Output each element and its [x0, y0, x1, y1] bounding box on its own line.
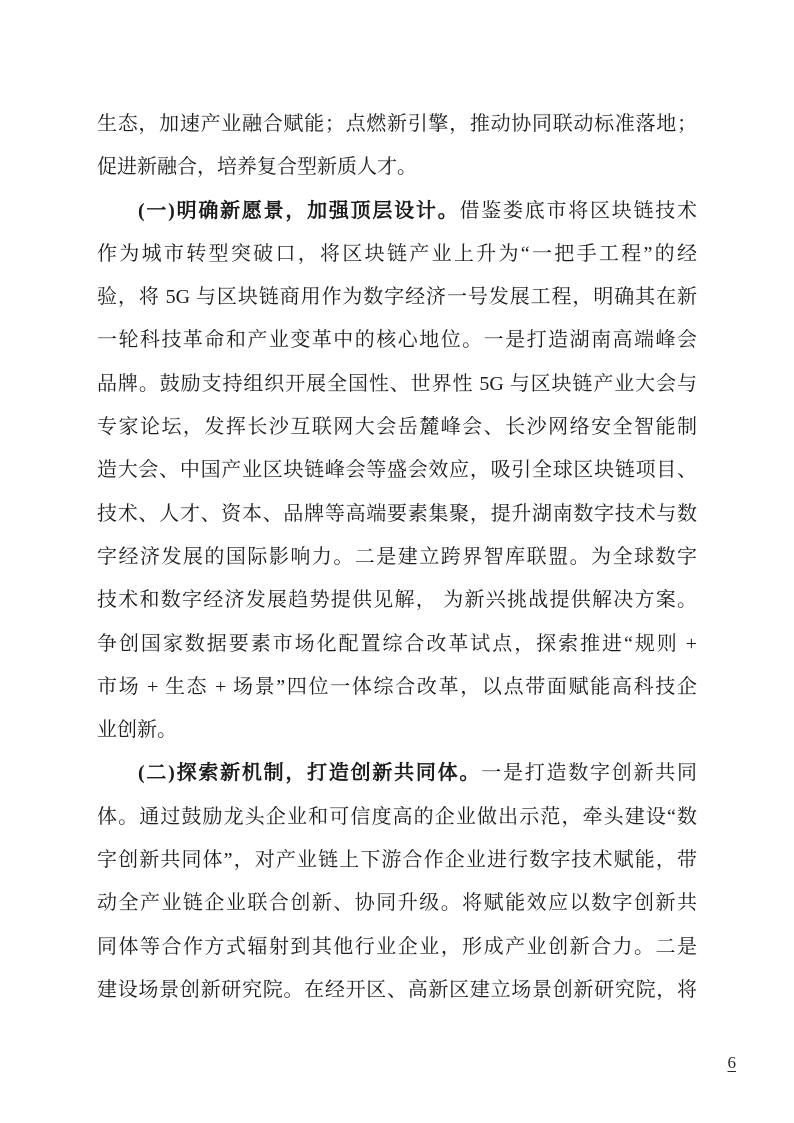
page-number-value: 6 [728, 1053, 737, 1072]
text-line: 同体等合作方式辐射到其他行业企业，形成产业创新合力。二是 [97, 926, 697, 969]
text-line: 一轮科技革命和产业变革中的核心地位。一是打造湖南高端峰会 [97, 319, 697, 362]
body-text: 业创新。 [97, 719, 177, 741]
text-line: (二)探索新机制，打造创新共同体。一是打造数字创新共同 [97, 752, 697, 795]
document-body: 生态，加速产业融合赋能；点燃新引擎，推动协同联动标准落地； 促进新融合，培养复合… [97, 103, 697, 1012]
body-text: 体。通过鼓励龙头企业和可信度高的企业做出示范，牵头建设“数 [97, 806, 697, 828]
section-heading-2: (二)探索新机制，打造创新共同体。 [138, 762, 481, 784]
body-text: 动全产业链企业联合创新、协同升级。将赋能效应以数字创新共 [97, 892, 697, 914]
body-text: 建设场景创新研究院。在经开区、高新区建立场景创新研究院，将 [97, 979, 697, 1001]
text-line: 作为城市转型突破口，将区块链产业上升为“一把手工程”的经 [97, 233, 697, 276]
body-text: 验，将 5G 与区块链商用作为数字经济一号发展工程，明确其在新 [97, 286, 697, 308]
body-text: 造大会、中国产业区块链峰会等盛会效应，吸引全球区块链项目、 [97, 459, 697, 481]
body-text: 促进新融合，培养复合型新质人才。 [97, 156, 417, 178]
document-page: 生态，加速产业融合赋能；点燃新引擎，推动协同联动标准落地； 促进新融合，培养复合… [0, 0, 794, 1123]
text-line: 促进新融合，培养复合型新质人才。 [97, 146, 697, 189]
text-line: 争创国家数据要素市场化配置综合改革试点，探索推进“规则 + [97, 623, 697, 666]
page-number: 6 [728, 1053, 737, 1073]
body-text: 品牌。鼓励支持组织开展全国性、世界性 5G 与区块链产业大会与 [97, 373, 697, 395]
body-text: 同体等合作方式辐射到其他行业企业，形成产业创新合力。二是 [97, 936, 697, 958]
text-line: 造大会、中国产业区块链峰会等盛会效应，吸引全球区块链项目、 [97, 449, 697, 492]
body-text: 专家论坛，发挥长沙互联网大会岳麓峰会、长沙网络安全智能制 [97, 416, 697, 438]
text-line: 生态，加速产业融合赋能；点燃新引擎，推动协同联动标准落地； [97, 103, 697, 146]
text-line: 建设场景创新研究院。在经开区、高新区建立场景创新研究院，将 [97, 969, 697, 1012]
body-text: 一是打造数字创新共同 [481, 762, 697, 784]
text-line: 体。通过鼓励龙头企业和可信度高的企业做出示范，牵头建设“数 [97, 796, 697, 839]
text-line: 业创新。 [97, 709, 697, 752]
section-heading-1: (一)明确新愿景，加强顶层设计。 [138, 200, 459, 222]
text-line: (一)明确新愿景，加强顶层设计。借鉴娄底市将区块链技术 [97, 190, 697, 233]
text-line: 专家论坛，发挥长沙互联网大会岳麓峰会、长沙网络安全智能制 [97, 406, 697, 449]
text-line: 技术和数字经济发展趋势提供见解， 为新兴挑战提供解决方案。 [97, 579, 697, 622]
body-text: 技术、人才、资本、品牌等高端要素集聚，提升湖南数字技术与数 [97, 503, 697, 525]
text-line: 动全产业链企业联合创新、协同升级。将赋能效应以数字创新共 [97, 882, 697, 925]
text-line: 字创新共同体”，对产业链上下游合作企业进行数字技术赋能，带 [97, 839, 697, 882]
text-line: 市场 + 生态 + 场景”四位一体综合改革，以点带面赋能高科技企 [97, 666, 697, 709]
body-text: 字创新共同体”，对产业链上下游合作企业进行数字技术赋能，带 [97, 849, 697, 871]
body-text: 作为城市转型突破口，将区块链产业上升为“一把手工程”的经 [97, 243, 697, 265]
body-text: 一轮科技革命和产业变革中的核心地位。一是打造湖南高端峰会 [97, 329, 697, 351]
text-line: 验，将 5G 与区块链商用作为数字经济一号发展工程，明确其在新 [97, 276, 697, 319]
body-text: 争创国家数据要素市场化配置综合改革试点，探索推进“规则 + [97, 633, 697, 655]
body-text: 技术和数字经济发展趋势提供见解， 为新兴挑战提供解决方案。 [97, 589, 697, 611]
body-text: 字经济发展的国际影响力。二是建立跨界智库联盟。为全球数字 [97, 546, 697, 568]
body-text: 借鉴娄底市将区块链技术 [459, 200, 697, 222]
body-text: 市场 + 生态 + 场景”四位一体综合改革，以点带面赋能高科技企 [97, 676, 697, 698]
text-line: 品牌。鼓励支持组织开展全国性、世界性 5G 与区块链产业大会与 [97, 363, 697, 406]
text-line: 字经济发展的国际影响力。二是建立跨界智库联盟。为全球数字 [97, 536, 697, 579]
text-line: 技术、人才、资本、品牌等高端要素集聚，提升湖南数字技术与数 [97, 493, 697, 536]
body-text: 生态，加速产业融合赋能；点燃新引擎，推动协同联动标准落地； [97, 113, 697, 135]
